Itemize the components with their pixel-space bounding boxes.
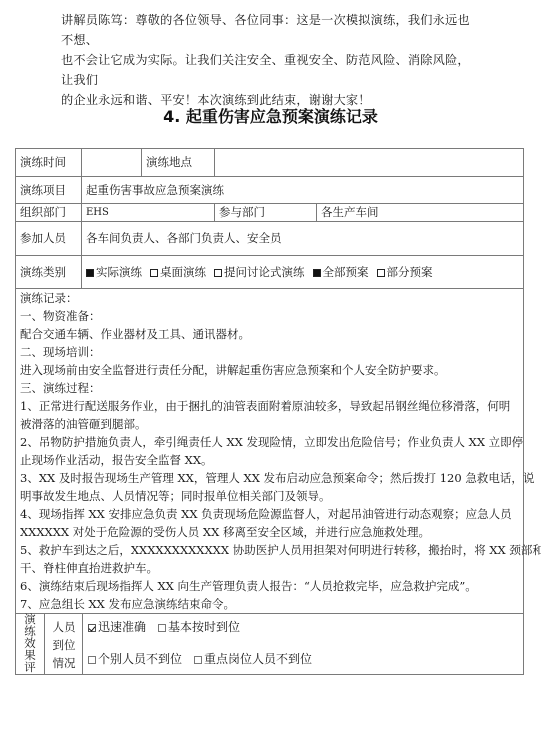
option-label: 迅速准确	[98, 620, 146, 634]
record-line: 演练记录：	[20, 289, 78, 307]
intro-line: 讲解员陈笃：尊敬的各位领导、各位同事：这是一次模拟演练，我们永远也不想、	[61, 10, 481, 50]
option-full-plan[interactable]: 全部预案	[313, 264, 369, 280]
page-title: 4. 起重伤害应急预案演练记录	[0, 104, 541, 127]
eval-label-char: 评	[16, 662, 44, 673]
row-divider	[15, 288, 524, 289]
option-tabletop-drill[interactable]: 桌面演练	[150, 264, 206, 280]
option-label: 重点岗位人员不到位	[204, 652, 312, 666]
participating-dept-value: 各生产车间	[316, 203, 523, 221]
checkbox-empty-icon	[150, 269, 158, 277]
participants-label: 参加人员	[15, 221, 81, 255]
record-line: XXXXXX 对处于危险源的受伤人员 XX 移离至安全区域，并进行应急施救处理。	[20, 523, 430, 541]
table-border-bottom	[15, 674, 524, 675]
option-basically-on-time[interactable]: 基本按时到位	[158, 618, 240, 635]
intro-line: 也不会让它成为实际。让我们关注安全、重视安全、防范风险、消除风险，让我们	[61, 50, 481, 90]
participating-dept-label: 参与部门	[214, 203, 316, 221]
option-label: 桌面演练	[160, 265, 206, 279]
attendance-label-line: 情况	[48, 656, 80, 670]
record-line: 二、现场培训：	[20, 343, 101, 361]
table-border-right	[523, 148, 524, 675]
record-line: 被滑落的油管砸到腿部。	[20, 415, 147, 433]
drill-type-options: 实际演练 桌面演练 提问讨论式演练 全部预案 部分预案	[81, 255, 523, 288]
record-line: 止现场作业活动，报告安全监督 XX。	[20, 451, 213, 469]
checkbox-empty-icon	[214, 269, 222, 277]
checkbox-empty-icon	[158, 624, 166, 632]
record-line: 一、物资准备：	[20, 307, 101, 325]
record-line: 3、XX 及时报告现场生产管理 XX，管理人 XX 发布启动应急预案命令；然后拨…	[20, 469, 534, 487]
attendance-options-row-2: 个别人员不到位 重点岗位人员不到位	[83, 648, 523, 668]
record-line: 进入现场前由安全监督进行责任分配，讲解起重伤害应急预案和个人安全防护要求。	[20, 361, 446, 379]
record-line: 7、应急组长 XX 发布应急演练结束命令。	[20, 595, 235, 613]
option-label: 实际演练	[96, 265, 142, 279]
option-some-absent[interactable]: 个别人员不到位	[88, 650, 182, 667]
col-divider	[44, 613, 45, 674]
option-label: 基本按时到位	[168, 620, 240, 634]
option-key-posts-absent[interactable]: 重点岗位人员不到位	[194, 650, 312, 667]
drill-type-label: 演练类别	[15, 255, 81, 288]
org-dept-value: EHS	[81, 203, 214, 221]
record-line: 1、正常进行配送服务作业，由于捆扎的油管表面附着原油较多，导致起吊钢丝绳位移滑落…	[20, 397, 510, 415]
option-discussion-drill[interactable]: 提问讨论式演练	[214, 264, 305, 280]
record-line: 4、现场指挥 XX 安排应急负责 XX 负责现场危险源监督人，对起吊油管进行动态…	[20, 505, 512, 523]
drill-location-field[interactable]	[214, 148, 523, 176]
drill-time-field[interactable]	[81, 148, 141, 176]
checkbox-empty-icon	[88, 656, 96, 664]
checkbox-empty-icon	[194, 656, 202, 664]
record-line: 2、吊物防护措施负责人，牵引绳责任人 XX 发现险情，立即发出危险信号；作业负责…	[20, 433, 523, 451]
option-fast-accurate[interactable]: 迅速准确	[88, 618, 146, 635]
drill-location-label: 演练地点	[141, 148, 214, 176]
record-line: 明事故发生地点、人员情况等；同时报单位相关部门及领导。	[20, 487, 331, 505]
drill-item-label: 演练项目	[15, 176, 81, 203]
row-divider	[15, 613, 524, 614]
record-line: 6、演练结束后现场指挥人 XX 向生产管理负责人报告：“人员抢救完毕，应急救护完…	[20, 577, 477, 595]
record-line: 5、救护车到达之后，XXXXXXXXXXXX 协助医护人员用担架对何明进行转移，…	[20, 541, 541, 559]
participants-value: 各车间负责人、各部门负责人、安全员	[81, 221, 523, 255]
option-label: 部分预案	[387, 265, 433, 279]
option-partial-plan[interactable]: 部分预案	[377, 264, 433, 280]
drill-item-value: 起重伤害事故应急预案演练	[81, 176, 523, 203]
checkbox-checked-icon	[86, 269, 94, 277]
attendance-label-line: 到位	[48, 638, 80, 652]
option-label: 个别人员不到位	[98, 652, 182, 666]
checkbox-empty-icon	[377, 269, 385, 277]
record-line: 三、演练过程：	[20, 379, 101, 397]
record-line: 干、脊柱伸直抬进救护车。	[20, 559, 158, 577]
intro-paragraph: 讲解员陈笃：尊敬的各位领导、各位同事：这是一次模拟演练，我们永远也不想、 也不会…	[61, 10, 481, 110]
option-label: 全部预案	[323, 265, 369, 279]
drill-time-label: 演练时间	[15, 148, 81, 176]
option-label: 提问讨论式演练	[224, 265, 305, 279]
attendance-options-row-1: 迅速准确 基本按时到位	[83, 616, 523, 636]
option-actual-drill[interactable]: 实际演练	[86, 264, 142, 280]
org-dept-label: 组织部门	[15, 203, 81, 221]
record-line: 配合交通车辆、作业器材及工具、通讯器材。	[20, 325, 250, 343]
checkbox-checked-icon	[88, 624, 96, 632]
attendance-label-line: 人员	[48, 620, 80, 634]
checkbox-checked-icon	[313, 269, 321, 277]
